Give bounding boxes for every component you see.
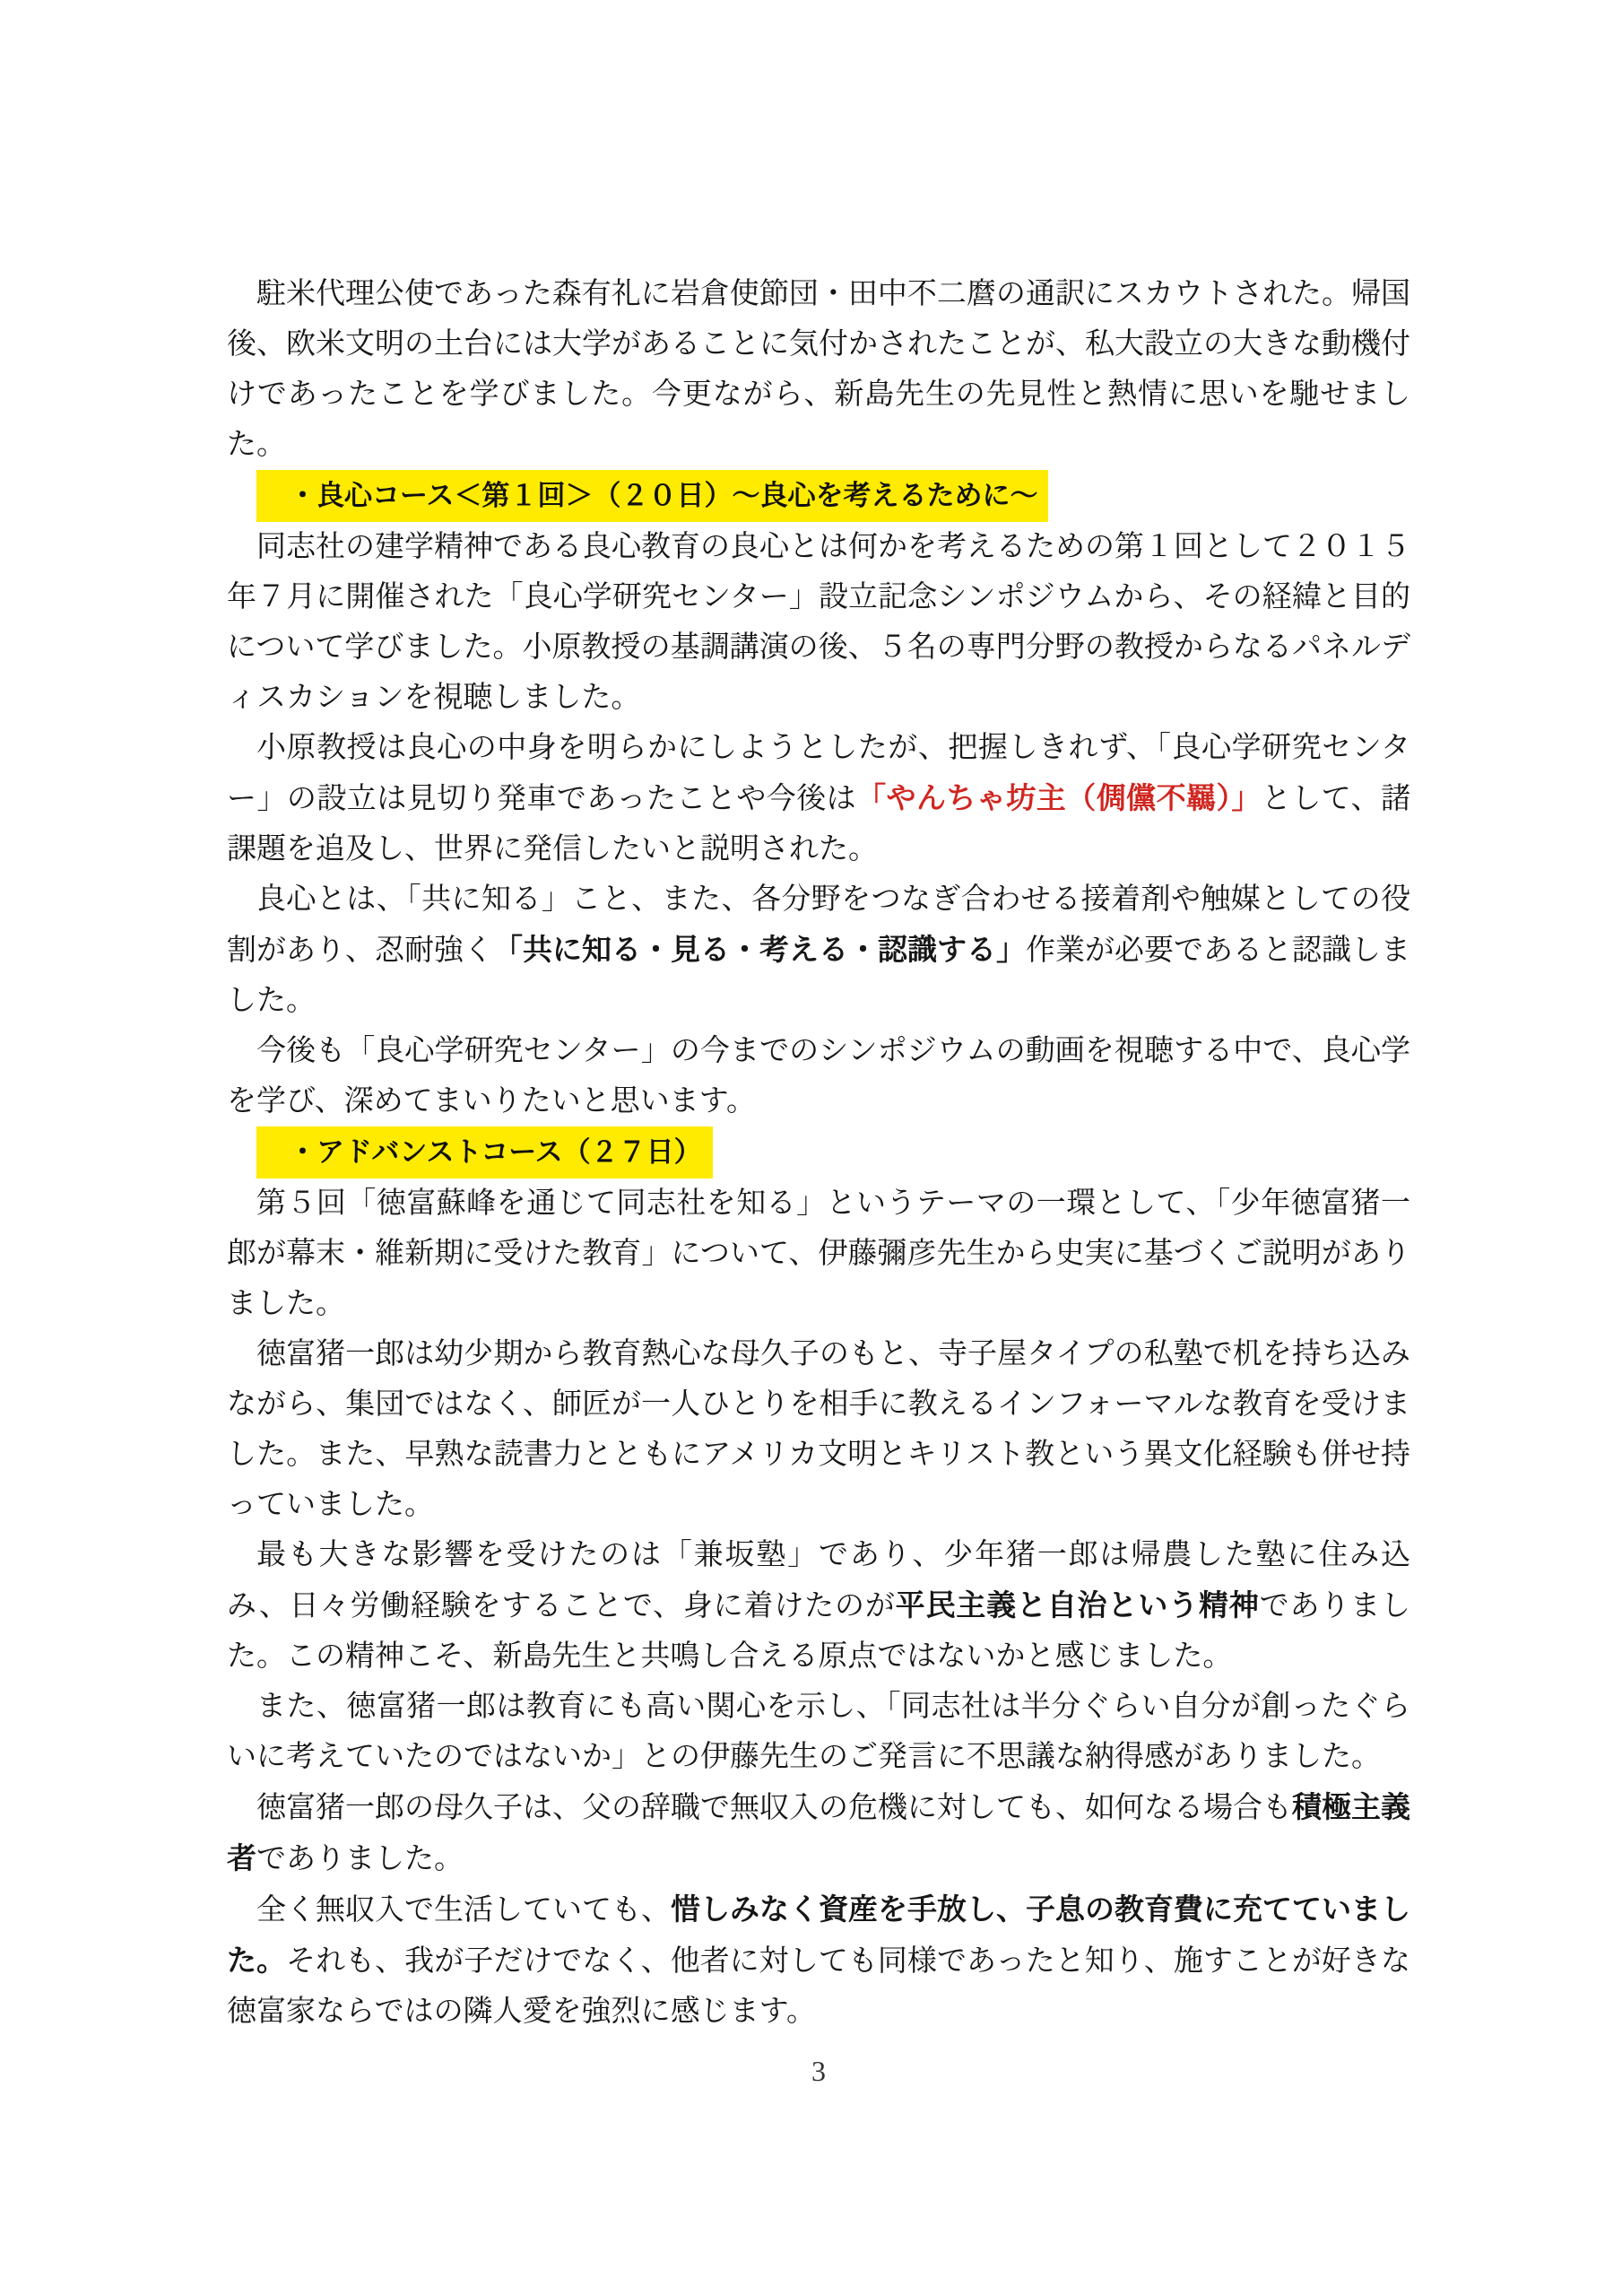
document-content: 駐米代理公使であった森有礼に岩倉使節団・田中不二麿の通訳にスカウトされた。帰国後… [227,269,1410,2089]
paragraph-ryoshin-meaning: 良心とは、「共に知る」こと、また、各分野をつなぎ合わせる接着剤や触媒としての役割… [227,874,1410,1026]
paragraph-text: 徳富猪一郎の母久子は、父の辞職で無収入の危機に対しても、如何なる場合も [256,1792,1292,1824]
bold-emphasis-text: 平民主義と自治という精神 [896,1588,1260,1622]
paragraph-text: 第５回「徳富蘇峰を通じて同志社を知る」というテーマの一環として、「少年徳富猪一郎… [227,1187,1410,1320]
document-page: 駐米代理公使であった森有礼に岩倉使節団・田中不二麿の通訳にスカウトされた。帰国後… [0,0,1622,2296]
paragraph-text: また、徳富猪一郎は教育にも高い関心を示し、「同志社は半分ぐらい自分が創ったぐらい… [227,1691,1410,1773]
bold-emphasis-text: 「共に知る・見る・考える・認識する」 [493,933,1026,966]
paragraph-text: 同志社の建学精神である良心教育の良心とは何かを考えるための第１回として２０１５年… [227,531,1410,714]
page-number: 3 [227,2053,1410,2089]
paragraph-tokutomi-doshisha-remark: また、徳富猪一郎は教育にも高い関心を示し、「同志社は半分ぐらい自分が創ったぐらい… [227,1682,1410,1782]
paragraph-mother-hisako: 徳富猪一郎の母久子は、父の辞職で無収入の危機に対しても、如何なる場合も積極主義者… [227,1782,1410,1884]
highlighted-heading-text: ・良心コース＜第１回＞（２０日）～良心を考えるために～ [256,470,1048,522]
paragraph-kanesaka-juku: 最も大きな影響を受けたのは「兼坂塾」であり、少年猪一郎は帰農した塾に住み込み、日… [227,1530,1410,1682]
paragraph-text: でありました。 [256,1843,464,1875]
paragraph-no-income-devotion: 全く無収入で生活していても、惜しみなく資産を手放し、子息の教育費に充てていました… [227,1884,1410,2037]
heading-ryoshin-course: ・良心コース＜第１回＞（２０日）～良心を考えるために～ [227,470,1410,522]
heading-advanced-course: ・アドバンストコース（２７日） [227,1126,1410,1178]
paragraph-text: それも、我が子だけでなく、他者に対しても同様であったと知り、施すことが好きな徳富… [227,1945,1410,2028]
paragraph-text: 今後も「良心学研究センター」の今までのシンポジウムの動画を視聴する中で、良心学を… [227,1035,1410,1118]
paragraph-text: 全く無収入で生活していても、 [256,1894,671,1926]
paragraph-doshisha-founding-spirit: 同志社の建学精神である良心教育の良心とは何かを考えるための第１回として２０１５年… [227,522,1410,723]
red-emphasis-text: 「やんちゃ坊主（倜儻不羈）」 [856,781,1262,814]
paragraph-future-learning: 今後も「良心学研究センター」の今までのシンポジウムの動画を視聴する中で、良心学を… [227,1026,1410,1126]
paragraph-text: 駐米代理公使であった森有礼に岩倉使節団・田中不二麿の通訳にスカウトされた。帰国後… [227,278,1410,461]
paragraph-ohara-professor: 小原教授は良心の中身を明らかにしようとしたが、把握しきれず、「良心学研究センター… [227,723,1410,874]
paragraph-tokutomi-soho-theme: 第５回「徳富蘇峰を通じて同志社を知る」というテーマの一環として、「少年徳富猪一郎… [227,1178,1410,1329]
paragraph-text: 徳富猪一郎は幼少期から教育熱心な母久子のもと、寺子屋タイプの私塾で机を持ち込みな… [227,1338,1410,1521]
paragraph-mori-arinori: 駐米代理公使であった森有礼に岩倉使節団・田中不二麿の通訳にスカウトされた。帰国後… [227,269,1410,470]
paragraph-tokutomi-childhood-education: 徳富猪一郎は幼少期から教育熱心な母久子のもと、寺子屋タイプの私塾で机を持ち込みな… [227,1329,1410,1530]
highlighted-heading-text: ・アドバンストコース（２７日） [256,1126,713,1178]
